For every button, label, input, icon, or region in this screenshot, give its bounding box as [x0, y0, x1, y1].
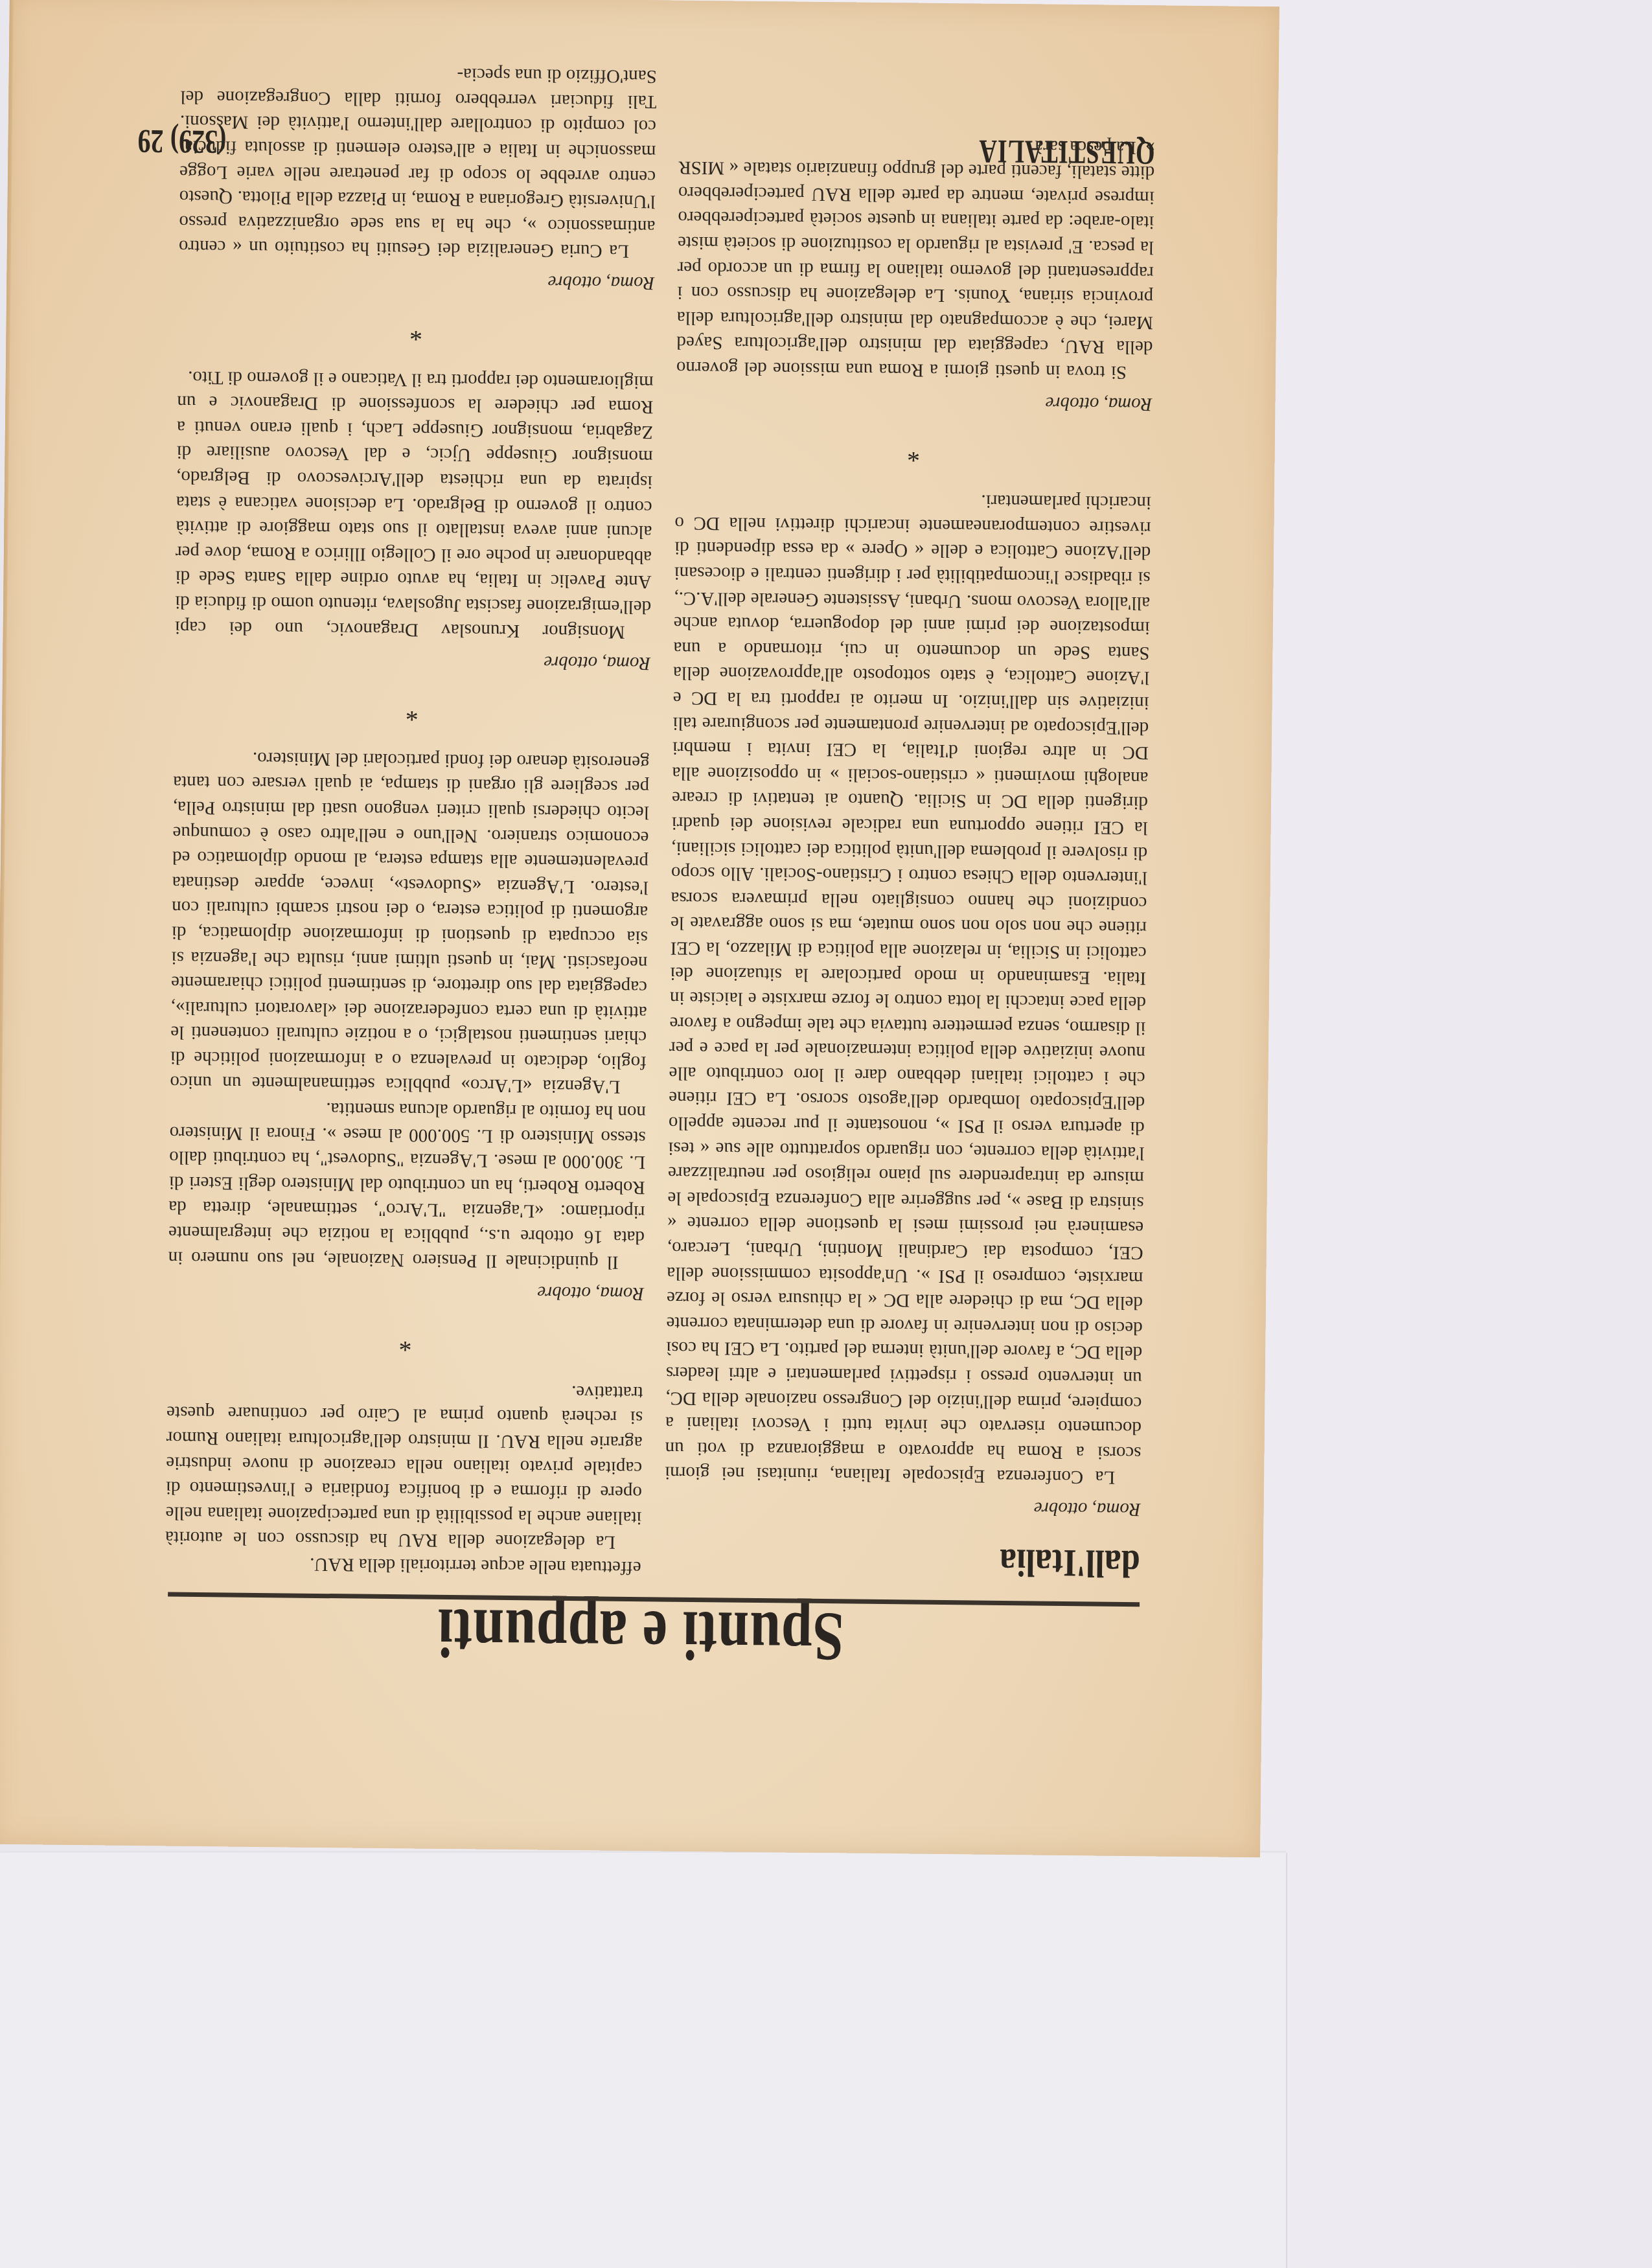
- section-heading: dall'Italia: [663, 1536, 1140, 1586]
- dateline: Roma, ottobre: [676, 387, 1152, 417]
- magazine-name: QUESTITALIA: [978, 132, 1155, 172]
- underlying-sheet: [0, 1853, 1287, 2268]
- page-number: (329) 29: [137, 122, 226, 163]
- dateline: Roma, ottobre: [178, 266, 654, 295]
- separator-asterisk: *: [174, 697, 650, 728]
- article-paragraph: La Curia Generalizia dei Gesuiti ha cost…: [179, 59, 657, 264]
- separator-asterisk: *: [675, 437, 1151, 468]
- article-paragraph: La delegazione della RAU ha discusso con…: [165, 1375, 643, 1555]
- right-column: effettuata nelle acque territoriali dell…: [165, 59, 656, 1580]
- article-paragraph: L'Agenzia «L'Arco» pubblica settimanalme…: [170, 745, 650, 1100]
- separator-asterisk: *: [178, 317, 654, 348]
- rotated-page: Spunti e appunti dall'Italia Roma, ottob…: [0, 0, 1279, 1857]
- article-paragraph: Il quindicinale Il Pensiero Nazionale, n…: [168, 1095, 646, 1275]
- magazine-page: Spunti e appunti dall'Italia Roma, ottob…: [0, 0, 1279, 1857]
- dateline: Roma, ottobre: [174, 646, 650, 676]
- article-paragraph: Monsignor Krunoslav Draganovic, uno dei …: [175, 365, 654, 645]
- dateline: Roma, ottobre: [168, 1276, 644, 1306]
- dateline: Roma, ottobre: [664, 1492, 1140, 1522]
- article-paragraph: La Conferenza Episcopale Italiana, riuni…: [665, 485, 1151, 1490]
- separator-asterisk: *: [167, 1327, 643, 1358]
- article-paragraph: effettuata nelle acque territoriali dell…: [165, 1550, 641, 1580]
- left-column: dall'Italia Roma, ottobre La Conferenza …: [663, 130, 1154, 1585]
